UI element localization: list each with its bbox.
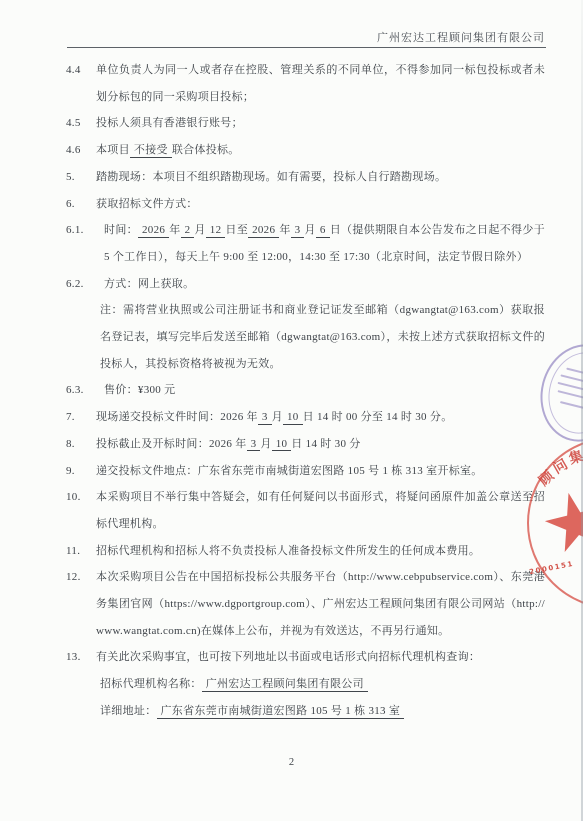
text-segment: 有关此次采购事宜，也可按下列地址以书面或电话形式向招标代理机构查询：: [96, 651, 480, 663]
underlined-value: 12: [206, 224, 226, 238]
item-number: 6.: [66, 191, 96, 218]
document-item: 6.3.售价：¥300 元: [66, 377, 545, 404]
item-number: 11.: [66, 538, 96, 565]
document-page: 广州宏达工程顾问集团有限公司 4.4单位负责人为同一人或者存在控股、管理关系的不…: [0, 0, 583, 821]
text-segment: 时间：: [104, 224, 138, 236]
item-text: 现场递交投标文件时间：2026 年3月10日 14 时 00 分至 14 时 3…: [96, 404, 545, 431]
item-number: 6.3.: [66, 377, 104, 404]
text-segment: 递交投标文件地点：广东省东莞市南城街道宏图路 105 号 1 栋 313 室开标…: [96, 465, 483, 477]
underlined-value: 6: [316, 224, 330, 238]
underlined-value: 2026: [138, 224, 169, 238]
text-segment: 现场递交投标文件时间：2026 年: [96, 411, 258, 423]
document-item: 招标代理机构名称：广州宏达工程顾问集团有限公司: [66, 671, 545, 698]
text-segment: 联合体投标。: [172, 144, 240, 156]
document-item: 10.本采购项目不举行集中答疑会，如有任何疑问以书面形式，将疑问函原件加盖公章送…: [66, 484, 545, 537]
item-number: 4.4: [66, 57, 96, 84]
text-segment: 招标代理机构名称：: [100, 678, 202, 690]
text-segment: 注：需将营业执照或公司注册证书和商业登记证发至邮箱（dgwangtat@163.…: [100, 304, 545, 369]
text-segment: 月: [194, 224, 205, 236]
document-item: 4.5投标人须具有香港银行账号；: [66, 110, 545, 137]
text-segment: 方式：网上获取。: [104, 278, 194, 290]
text-segment: 招标代理机构和招标人将不负责投标人准备投标文件所发生的任何成本费用。: [96, 545, 480, 557]
text-segment: 单位负责人为同一人或者存在控股、管理关系的不同单位，不得参加同一标包投标或者未划…: [96, 64, 545, 103]
text-segment: 年: [169, 224, 180, 236]
text-segment: 日至: [225, 224, 248, 236]
text-segment: 售价：¥300 元: [104, 384, 175, 396]
item-number: 13.: [66, 644, 96, 671]
underlined-value: 2: [181, 224, 195, 238]
document-item: 4.6本项目不接受联合体投标。: [66, 137, 545, 164]
text-segment: 月: [272, 411, 283, 423]
document-item: 详细地址：广东省东莞市南城街道宏图路 105 号 1 栋 313 室: [66, 698, 545, 725]
item-text: 售价：¥300 元: [104, 377, 545, 404]
text-segment: 本项目: [96, 144, 130, 156]
item-number: 8.: [66, 431, 96, 458]
item-text: 时间：2026年2月12日至2026年3月6日（提供期限自本公告发布之日起不得少…: [104, 217, 545, 270]
item-text: 获取招标文件方式：: [96, 191, 545, 218]
text-segment: 年: [279, 224, 290, 236]
underlined-value: 3: [247, 438, 261, 452]
underlined-value: 2026: [248, 224, 279, 238]
item-text: 详细地址：广东省东莞市南城街道宏图路 105 号 1 栋 313 室: [100, 698, 545, 725]
item-text: 投标截止及开标时间：2026 年3月10日 14 时 30 分: [96, 431, 545, 458]
item-number: 4.6: [66, 137, 96, 164]
text-segment: 踏勘现场：本项目不组织踏勘现场。如有需要，投标人自行踏勘现场。: [96, 171, 446, 183]
text-segment: 本采购项目不举行集中答疑会，如有任何疑问以书面形式，将疑问函原件加盖公章送至招标…: [96, 491, 545, 530]
document-item: 9.递交投标文件地点：广东省东莞市南城街道宏图路 105 号 1 栋 313 室…: [66, 458, 545, 485]
item-text: 递交投标文件地点：广东省东莞市南城街道宏图路 105 号 1 栋 313 室开标…: [96, 458, 545, 485]
header-rule: [67, 47, 546, 48]
text-segment: 获取招标文件方式：: [96, 198, 198, 210]
item-text: 投标人须具有香港银行账号；: [96, 110, 545, 137]
item-number: 10.: [66, 484, 96, 511]
item-number: 9.: [66, 458, 96, 485]
item-number: 4.5: [66, 110, 96, 137]
document-item: 6.1.时间：2026年2月12日至2026年3月6日（提供期限自本公告发布之日…: [66, 217, 545, 270]
document-item: 13.有关此次采购事宜，也可按下列地址以书面或电话形式向招标代理机构查询：: [66, 644, 545, 671]
item-text: 招标代理机构和招标人将不负责投标人准备投标文件所发生的任何成本费用。: [96, 538, 545, 565]
page-number: 2: [0, 757, 583, 768]
text-segment: 月: [260, 438, 271, 450]
document-item: 注：需将营业执照或公司注册证书和商业登记证发至邮箱（dgwangtat@163.…: [66, 297, 545, 377]
document-body: 4.4单位负责人为同一人或者存在控股、管理关系的不同单位，不得参加同一标包投标或…: [66, 57, 545, 725]
text-segment: 投标截止及开标时间：2026 年: [96, 438, 247, 450]
item-text: 方式：网上获取。: [104, 271, 545, 298]
item-number: 7.: [66, 404, 96, 431]
document-item: 11.招标代理机构和招标人将不负责投标人准备投标文件所发生的任何成本费用。: [66, 538, 545, 565]
underlined-value: 广州宏达工程顾问集团有限公司: [202, 678, 368, 692]
underlined-value: 10: [283, 411, 303, 425]
item-text: 单位负责人为同一人或者存在控股、管理关系的不同单位，不得参加同一标包投标或者未划…: [96, 57, 545, 110]
item-text: 本次采购项目公告在中国招标投标公共服务平台（http://www.cebpubs…: [96, 564, 545, 644]
document-item: 6.2.方式：网上获取。: [66, 271, 545, 298]
underlined-value: 广东省东莞市南城街道宏图路 105 号 1 栋 313 室: [157, 705, 405, 719]
item-text: 有关此次采购事宜，也可按下列地址以书面或电话形式向招标代理机构查询：: [96, 644, 545, 671]
text-segment: 月: [304, 224, 315, 236]
text-segment: 本次采购项目公告在中国招标投标公共服务平台（http://www.cebpubs…: [96, 571, 545, 636]
item-text: 注：需将营业执照或公司注册证书和商业登记证发至邮箱（dgwangtat@163.…: [100, 297, 545, 377]
underlined-value: 不接受: [130, 144, 172, 158]
item-number: 6.2.: [66, 271, 104, 298]
text-segment: 详细地址：: [100, 705, 157, 717]
text-segment: 日 14 时 00 分至 14 时 30 分。: [303, 411, 453, 423]
underlined-value: 3: [291, 224, 305, 238]
item-number: 12.: [66, 564, 96, 591]
document-item: 6.获取招标文件方式：: [66, 191, 545, 218]
document-item: 7.现场递交投标文件时间：2026 年3月10日 14 时 00 分至 14 时…: [66, 404, 545, 431]
item-number: 5.: [66, 164, 96, 191]
document-item: 8.投标截止及开标时间：2026 年3月10日 14 时 30 分: [66, 431, 545, 458]
underlined-value: 10: [272, 438, 292, 452]
item-text: 本采购项目不举行集中答疑会，如有任何疑问以书面形式，将疑问函原件加盖公章送至招标…: [96, 484, 545, 537]
item-number: 6.1.: [66, 217, 104, 244]
item-text: 踏勘现场：本项目不组织踏勘现场。如有需要，投标人自行踏勘现场。: [96, 164, 545, 191]
item-text: 本项目不接受联合体投标。: [96, 137, 545, 164]
text-segment: 日 14 时 30 分: [291, 438, 360, 450]
document-item: 4.4单位负责人为同一人或者存在控股、管理关系的不同单位，不得参加同一标包投标或…: [66, 57, 545, 110]
document-item: 12.本次采购项目公告在中国招标投标公共服务平台（http://www.cebp…: [66, 564, 545, 644]
underlined-value: 3: [258, 411, 272, 425]
document-item: 5.踏勘现场：本项目不组织踏勘现场。如有需要，投标人自行踏勘现场。: [66, 164, 545, 191]
item-text: 招标代理机构名称：广州宏达工程顾问集团有限公司: [100, 671, 545, 698]
header-company-name: 广州宏达工程顾问集团有限公司: [377, 29, 545, 45]
text-segment: 投标人须具有香港银行账号；: [96, 117, 243, 129]
